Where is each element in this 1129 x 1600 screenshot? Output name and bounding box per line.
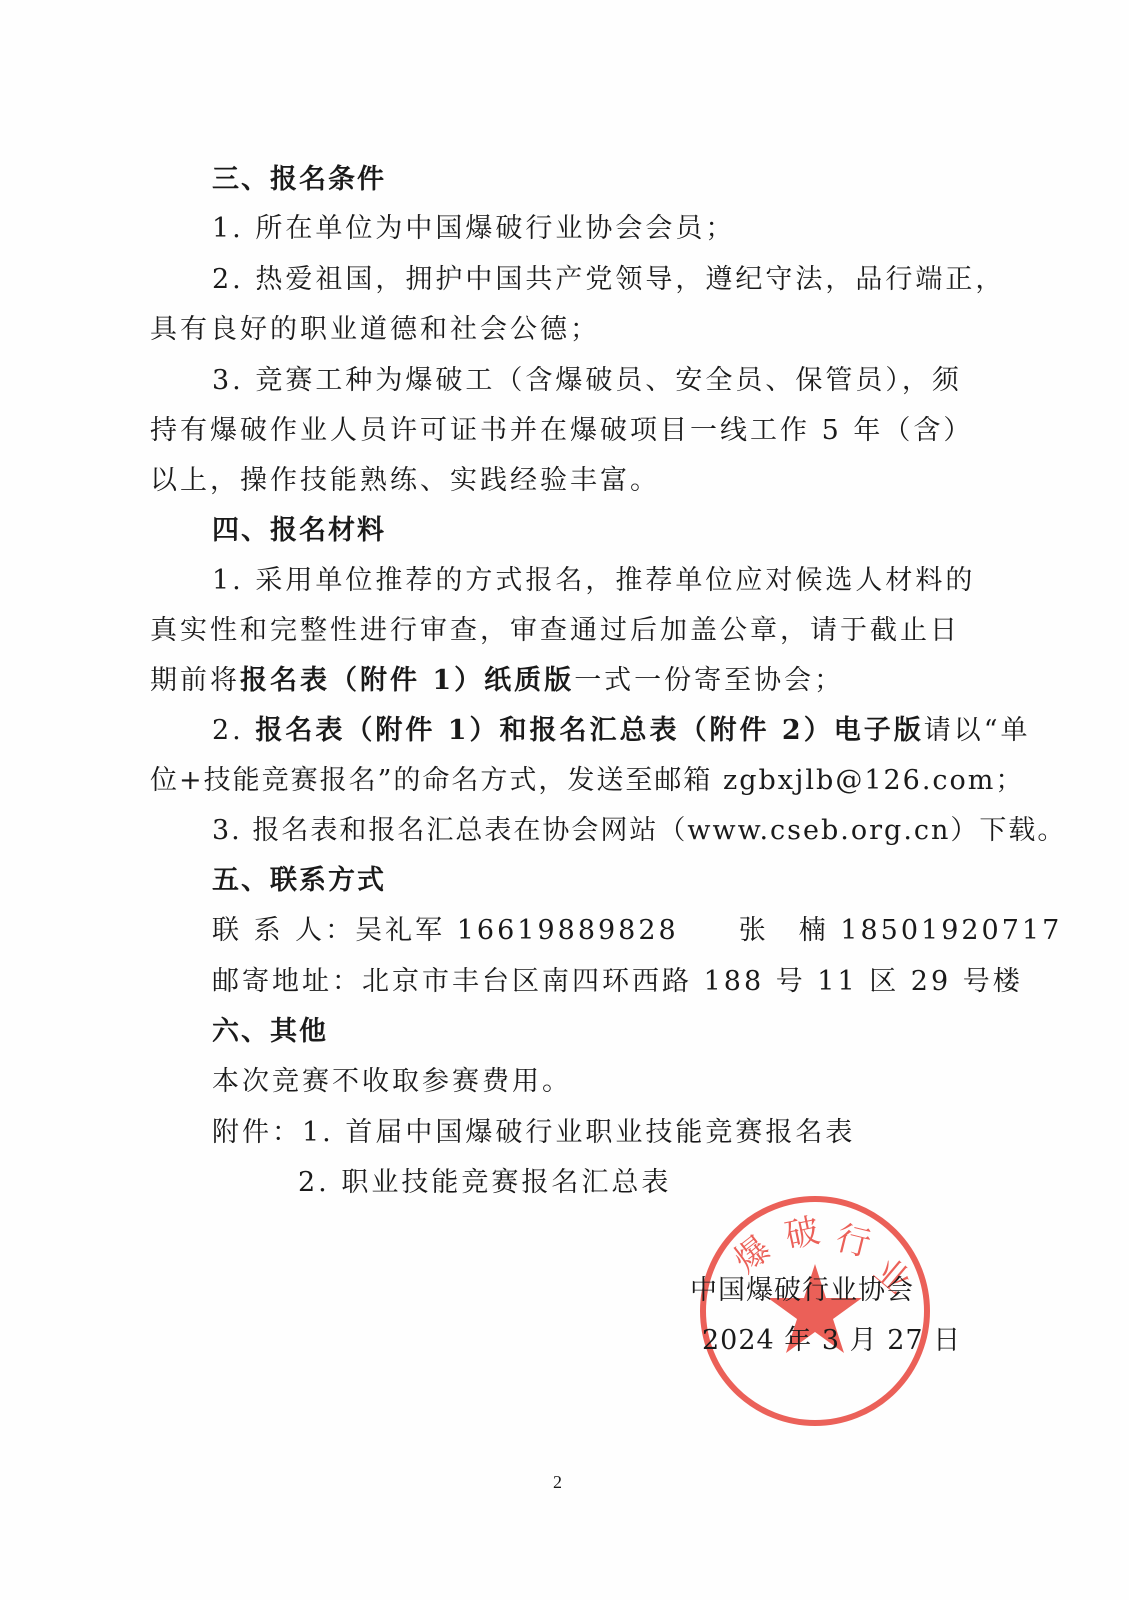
requirement-item-3: 3. 竞赛工种为爆破工（含爆破员、安全员、保管员），须 <box>212 364 962 398</box>
contact-label: 联 系 人： <box>212 915 355 946</box>
signature-date: 2024 年 3 月 27 日 <box>702 1318 961 1357</box>
address-label: 邮寄地址： <box>212 966 362 997</box>
seal-star-icon: 爆 破 行 业 <box>706 1202 924 1420</box>
official-seal: 爆 破 行 业 <box>700 1196 930 1426</box>
attachment-item-2: 2. 职业技能竞赛报名汇总表 <box>298 1166 671 1200</box>
material-item-1-end: 期前将报名表（附件 1）纸质版一式一份寄至协会； <box>150 664 844 698</box>
material-item-2-cont: 位+技能竞赛报名”的命名方式，发送至邮箱 zgbxjlb@126.com； <box>150 764 1024 798</box>
material-item-1-bold: 报名表（附件 1）纸质版 <box>240 665 574 696</box>
requirement-item-2-cont: 具有良好的职业道德和社会公德； <box>150 313 600 347</box>
material-item-2-num: 2. <box>212 715 255 746</box>
attachment-item-1: 1. 首届中国爆破行业职业技能竞赛报名表 <box>302 1117 855 1148</box>
requirement-item-1: 1. 所在单位为中国爆破行业协会会员； <box>212 212 735 246</box>
section-heading-contact: 五、联系方式 <box>212 864 386 898</box>
material-item-1-post: 一式一份寄至协会； <box>574 665 844 696</box>
attachments-row: 附件：1. 首届中国爆破行业职业技能竞赛报名表 <box>212 1116 855 1150</box>
requirement-item-2: 2. 热爱祖国，拥护中国共产党领导，遵纪守法，品行端正， <box>212 263 1005 297</box>
svg-text:破: 破 <box>782 1211 824 1257</box>
signature-organization: 中国爆破行业协会 <box>690 1268 914 1307</box>
material-item-1-cont: 真实性和完整性进行审查，审查通过后加盖公章，请于截止日 <box>150 614 960 648</box>
section-heading-materials: 四、报名材料 <box>212 514 386 548</box>
material-item-2-bold: 报名表（附件 1）和报名汇总表（附件 2）电子版 <box>255 715 923 746</box>
material-item-3: 3. 报名表和报名汇总表在协会网站（www.cseb.org.cn）下载。 <box>212 814 1066 848</box>
document-page: 三、报名条件 1. 所在单位为中国爆破行业协会会员； 2. 热爱祖国，拥护中国共… <box>0 0 1129 1600</box>
material-item-2-post: 请以“单 <box>924 715 1031 746</box>
contact-person-2: 张 楠 18501920717 <box>739 915 1063 946</box>
requirement-item-3-end: 以上，操作技能熟练、实践经验丰富。 <box>150 464 660 498</box>
section-heading-requirements: 三、报名条件 <box>212 163 386 197</box>
page-number: 2 <box>553 1472 562 1493</box>
address-row: 邮寄地址：北京市丰台区南四环西路 188 号 11 区 29 号楼 <box>212 965 1023 999</box>
section-heading-other: 六、其他 <box>212 1015 328 1049</box>
material-item-1-pre: 期前将 <box>150 665 240 696</box>
contact-person-1: 吴礼军 16619889828 <box>355 915 679 946</box>
svg-text:行: 行 <box>832 1218 875 1265</box>
address-value: 北京市丰台区南四环西路 188 号 11 区 29 号楼 <box>362 966 1023 997</box>
attachments-label: 附件： <box>212 1117 302 1148</box>
material-item-2: 2. 报名表（附件 1）和报名汇总表（附件 2）电子版请以“单 <box>212 714 1031 748</box>
material-item-1: 1. 采用单位推荐的方式报名，推荐单位应对候选人材料的 <box>212 564 975 598</box>
requirement-item-3-cont: 持有爆破作业人员许可证书并在爆破项目一线工作 5 年（含） <box>150 414 973 448</box>
contact-row: 联 系 人：吴礼军 16619889828张 楠 18501920717 <box>212 914 1062 948</box>
other-text: 本次竞赛不收取参赛费用。 <box>212 1065 572 1099</box>
